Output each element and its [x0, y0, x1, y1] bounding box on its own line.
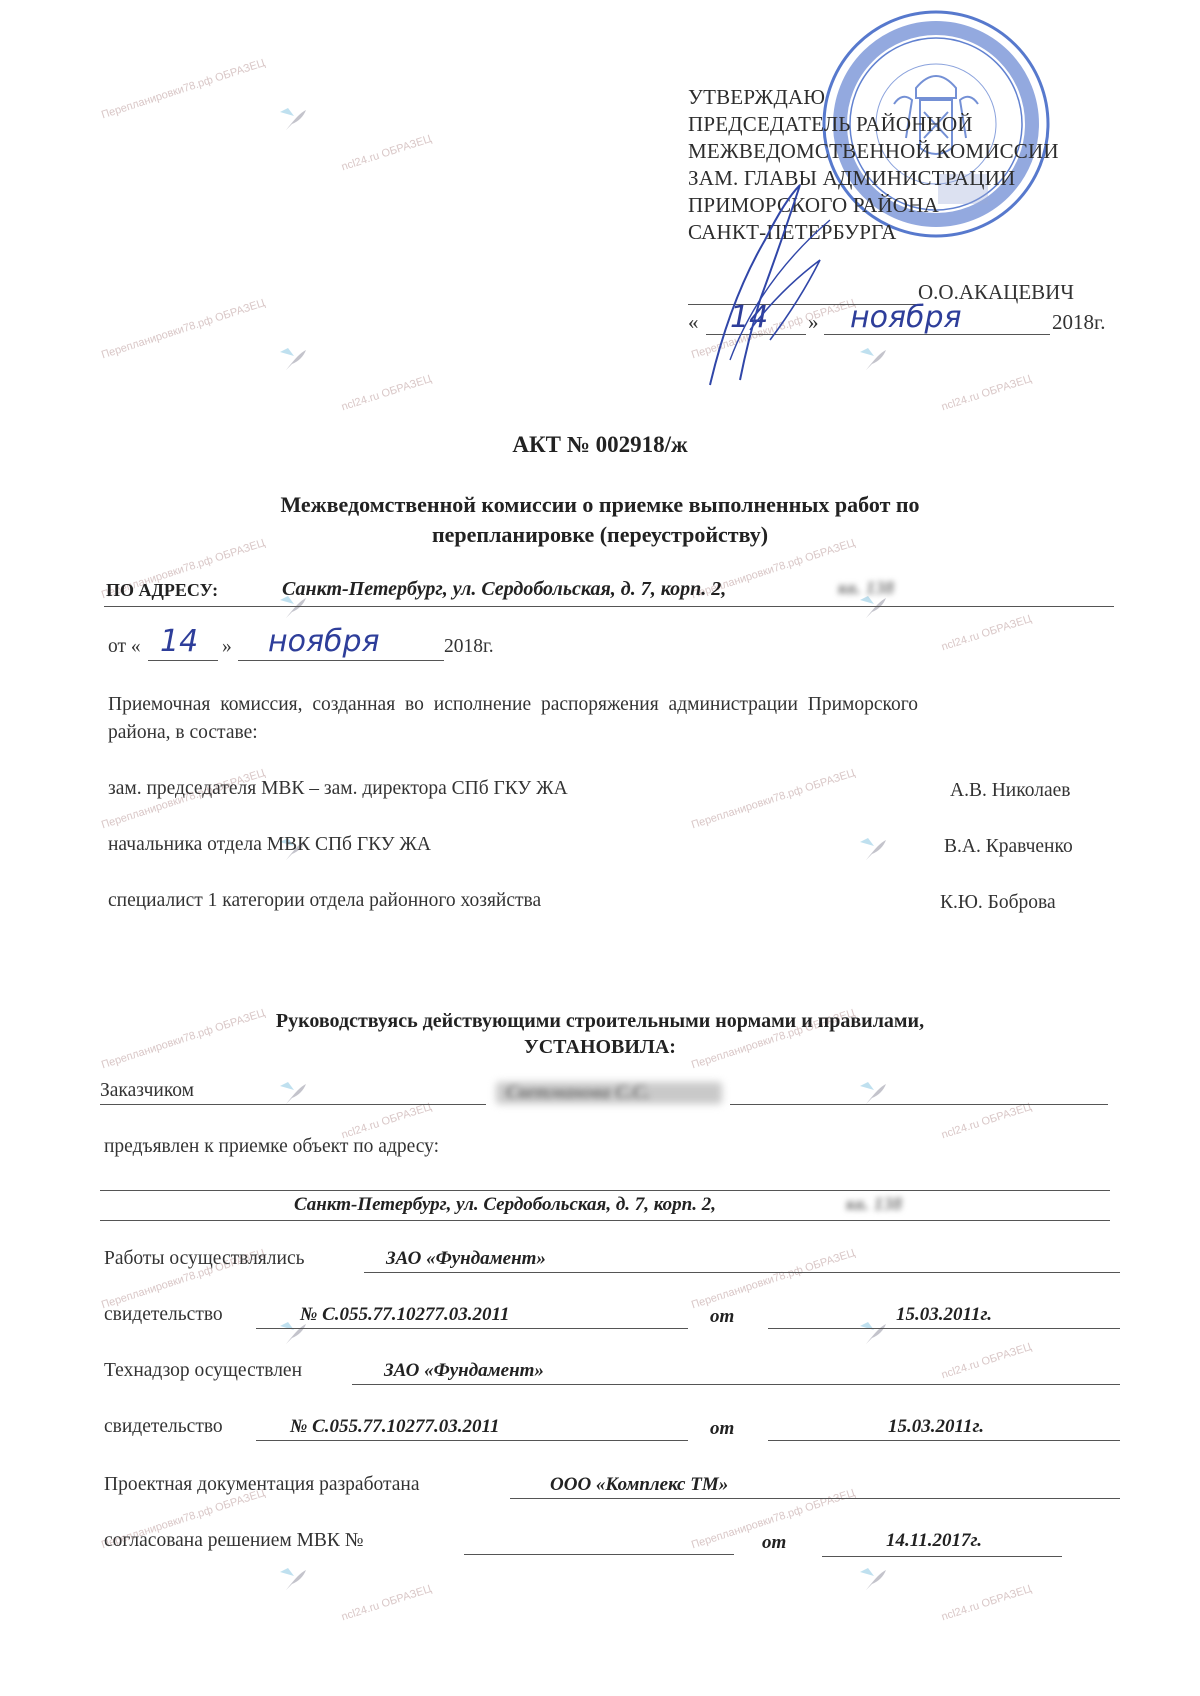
findings-heading-line2: УСТАНОВИЛА:	[150, 1032, 1050, 1062]
approval-date-year: 2018г.	[1052, 310, 1106, 335]
document-title: АКТ № 002918/ж	[0, 432, 1200, 458]
document-subtitle-line2: перепланировке (переустройству)	[150, 520, 1050, 550]
cert1-date: 15.03.2011г.	[896, 1304, 992, 1326]
act-date-day: 14	[160, 624, 198, 659]
cert2-date: 15.03.2011г.	[888, 1416, 984, 1438]
watermark-text: ncl24.ru ОБРАЗЕЦ	[940, 1583, 1033, 1623]
approval-line: МЕЖВЕДОМСТВЕННОЙ КОМИССИИ	[688, 138, 1059, 165]
supervision-line	[352, 1384, 1120, 1385]
works-line	[364, 1272, 1120, 1273]
customer-line-left	[100, 1104, 486, 1105]
document-subtitle-line1: Межведомственной комиссии о приемке выпо…	[150, 490, 1050, 520]
bird-logo-icon	[278, 106, 308, 132]
customer-line-right	[730, 1104, 1108, 1105]
watermark-text: Перепланировки78.рф ОБРАЗЕЦ	[100, 297, 267, 361]
bird-logo-icon	[278, 1080, 308, 1106]
address-underline	[104, 606, 1114, 607]
address-redacted: кв. 138	[838, 578, 894, 600]
object-line-bottom	[100, 1220, 1110, 1221]
member-position: начальника отдела МВК СПб ГКУ ЖА	[108, 834, 431, 856]
watermark-text: ncl24.ru ОБРАЗЕЦ	[340, 1583, 433, 1623]
customer-redacted: Светманова С.С.	[506, 1082, 650, 1104]
watermark-text: ncl24.ru ОБРАЗЕЦ	[940, 373, 1033, 413]
act-date-day-line	[148, 660, 218, 661]
watermark-text: ncl24.ru ОБРАЗЕЦ	[940, 1341, 1033, 1381]
watermark-text: ncl24.ru ОБРАЗЕЦ	[340, 133, 433, 173]
approval-line: УТВЕРЖДАЮ	[688, 84, 1059, 111]
cert1-line	[256, 1328, 688, 1329]
watermark-text: ncl24.ru ОБРАЗЕЦ	[340, 373, 433, 413]
member-name: К.Ю. Боброва	[940, 892, 1056, 914]
member-position: зам. председателя МВК – зам. директора С…	[108, 778, 568, 800]
customer-label: Заказчиком	[100, 1080, 194, 1102]
works-label: Работы осуществлялись	[104, 1248, 305, 1270]
object-line-top	[100, 1190, 1110, 1191]
cert2-value: № С.055.77.10277.03.2011	[290, 1416, 500, 1438]
watermark-text: Перепланировки78.рф ОБРАЗЕЦ	[690, 767, 857, 831]
act-date-prefix: от «	[108, 636, 141, 658]
bird-logo-icon	[858, 1566, 888, 1592]
watermark-text: ncl24.ru ОБРАЗЕЦ	[940, 1101, 1033, 1141]
design-value: ООО «Комплекс ТМ»	[550, 1474, 728, 1496]
member-name: А.В. Николаев	[950, 780, 1070, 802]
approved-date-line	[822, 1556, 1062, 1557]
object-address: Санкт-Петербург, ул. Сердобольская, д. 7…	[294, 1194, 716, 1216]
bird-logo-icon	[858, 346, 888, 372]
bird-logo-icon	[278, 1566, 308, 1592]
approved-label: согласована решением МВК №	[104, 1530, 363, 1552]
member-name: В.А. Кравченко	[944, 836, 1073, 858]
supervision-value: ЗАО «Фундамент»	[384, 1360, 544, 1382]
watermark-text: Перепланировки78.рф ОБРАЗЕЦ	[690, 1247, 857, 1311]
cert2-line	[256, 1440, 688, 1441]
watermark-text: Перепланировки78.рф ОБРАЗЕЦ	[100, 57, 267, 121]
cert1-from: от	[710, 1306, 734, 1328]
cert1-label: свидетельство	[104, 1304, 223, 1326]
approved-date: 14.11.2017г.	[886, 1530, 982, 1552]
bird-logo-icon	[858, 1080, 888, 1106]
cert2-label: свидетельство	[104, 1416, 223, 1438]
cert1-date-line	[768, 1328, 1120, 1329]
member-position: специалист 1 категории отдела районного …	[108, 890, 541, 912]
bird-logo-icon	[858, 836, 888, 862]
act-date-mid: »	[222, 636, 232, 658]
act-date-month: ноября	[268, 624, 380, 659]
address-label: ПО АДРЕСУ:	[106, 580, 218, 601]
bird-logo-icon	[278, 346, 308, 372]
cert2-from: от	[710, 1418, 734, 1440]
approval-line: ПРЕДСЕДАТЕЛЬ РАЙОННОЙ	[688, 111, 1059, 138]
works-value: ЗАО «Фундамент»	[386, 1248, 546, 1270]
intro-line2: района, в составе:	[108, 722, 258, 744]
watermark-text: ncl24.ru ОБРАЗЕЦ	[940, 613, 1033, 653]
design-line	[510, 1498, 1120, 1499]
object-label: предъявлен к приемке объект по адресу:	[104, 1136, 439, 1158]
intro-line1: Приемочная комиссия, созданная во исполн…	[108, 694, 918, 716]
bird-logo-icon	[858, 1320, 888, 1346]
cert2-date-line	[768, 1440, 1120, 1441]
object-redacted: кв. 138	[846, 1194, 902, 1216]
act-date-month-line	[238, 660, 444, 661]
approval-date-month: ноября	[850, 300, 962, 335]
address-value: Санкт-Петербург, ул. Сердобольская, д. 7…	[282, 578, 726, 601]
act-date-year: 2018г.	[444, 636, 494, 658]
cert1-value: № С.055.77.10277.03.2011	[300, 1304, 510, 1326]
approved-number-line	[464, 1554, 734, 1555]
approved-from: от	[762, 1532, 786, 1554]
design-label: Проектная документация разработана	[104, 1474, 420, 1496]
supervision-label: Технадзор осуществлен	[104, 1360, 302, 1382]
signature-icon	[690, 180, 840, 390]
